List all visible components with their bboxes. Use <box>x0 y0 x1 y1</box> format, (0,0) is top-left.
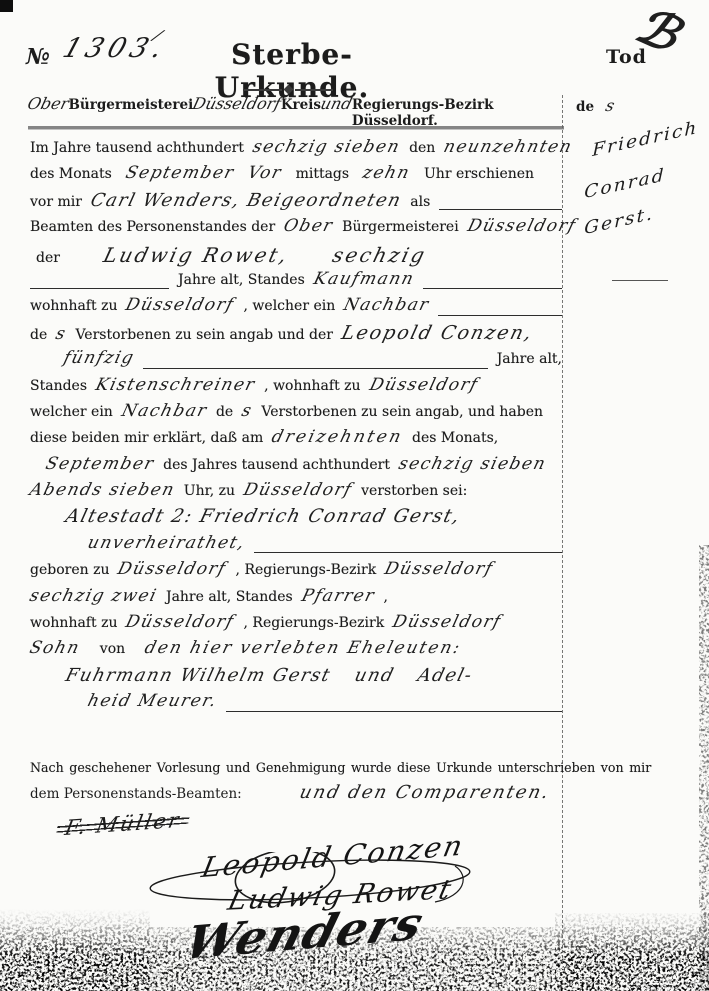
handwritten-entry: Fuhrmann Wilhelm Gerst <box>63 665 333 686</box>
printed-form-text: , wohnhaft zu <box>264 378 360 394</box>
form-line-15: Altestadt 2: Friedrich Conrad Gerst, <box>30 506 562 532</box>
margin-tod-label: Tod <box>606 46 647 68</box>
margin-de-handwritten: s <box>604 96 617 115</box>
form-line-14: Abends siebenUhr, zuDüsseldorfverstorben… <box>30 480 562 506</box>
form-line-20: Sohnvonden hier verlebten Eheleuten: <box>30 638 562 664</box>
form-line-10: StandesKistenschreiner, wohnhaft zuDüsse… <box>30 375 562 401</box>
form-line-17: geboren zuDüsseldorf, Regierungs-BezirkD… <box>30 559 562 585</box>
printed-form-text: de <box>30 327 47 343</box>
printed-form-text: des Jahres tausend achthundert <box>163 457 390 473</box>
fill-in-rule <box>439 209 562 210</box>
handwritten-entry: Düsseldorf <box>124 295 237 315</box>
handwritten-entry: s <box>54 324 69 344</box>
handwritten-entry: dreizehnten <box>270 427 406 447</box>
form-line-8: desVerstorbenen zu sein angab und derLeo… <box>30 322 562 348</box>
form-line-5: derLudwig Rowet,sechzig <box>30 243 562 269</box>
bezirk-label: Regierungs-Bezirk Düsseldorf. <box>352 97 562 129</box>
form-line-4: Beamten des Personenstandes derOberBürge… <box>30 216 562 242</box>
handwritten-entry: sechzig sieben <box>396 454 548 474</box>
fill-in-rule <box>226 711 562 712</box>
printed-form-text: , Regierungs-Bezirk <box>244 615 385 631</box>
handwritten-entry: Düsseldorf <box>383 559 496 579</box>
printed-form-text: , Regierungs-Bezirk <box>236 562 377 578</box>
printed-form-text: , welcher ein <box>244 298 336 314</box>
printed-form-text: Uhr erschienen <box>424 166 534 182</box>
municipality-line: Ober Bürgermeisterei Düsseldorf Kreis un… <box>28 94 562 129</box>
printed-form-text: mittags <box>296 166 350 182</box>
printed-form-text: geboren zu <box>30 562 109 578</box>
handwritten-entry: Kaufmann <box>311 269 416 289</box>
handwritten-entry: Pfarrer <box>299 586 377 606</box>
handwritten-entry: September <box>123 163 236 183</box>
ornament-diamond <box>283 85 293 95</box>
handwritten-entry: Ludwig Rowet, <box>101 243 292 267</box>
margin-short-rule <box>612 280 668 281</box>
printed-form-text: Jahre alt, Standes <box>178 272 305 288</box>
printed-form-text: Uhr, zu <box>184 483 235 499</box>
registrar-label: dem Personenstands-Beamten: <box>30 786 242 802</box>
form-line-13: Septemberdes Jahres tausend achthunderts… <box>30 454 562 480</box>
form-line-9: fünfzigJahre alt, <box>30 348 562 374</box>
handwritten-entry: Düsseldorf <box>124 612 237 632</box>
death-certificate-page: № 1303. ⁄ Sterbe-Urkunde. Ober Bürgermei… <box>0 0 709 991</box>
handwritten-entry: sechzig sieben <box>251 137 403 157</box>
printed-form-text: der <box>36 250 60 266</box>
handwritten-entry: sechzig zwei <box>28 586 160 606</box>
form-line-1: Im Jahre tausend achthundertsechzig sieb… <box>30 137 562 163</box>
margin-deceased-name: Gerst. <box>584 203 654 239</box>
margin-des-line: de s <box>576 96 614 115</box>
fill-in-rule <box>254 552 562 553</box>
margin-de-label: de <box>576 99 594 115</box>
printed-form-text: de <box>216 404 233 420</box>
printed-form-text: Standes <box>30 378 87 394</box>
certificate-number-label: № <box>26 44 50 70</box>
printed-form-text: vor mir <box>30 194 82 210</box>
handwritten-entry: neunzehnten <box>442 137 575 157</box>
handwritten-entry: Düsseldorf <box>391 612 504 632</box>
handwritten-entry: sechzig <box>330 243 429 267</box>
printed-form-text: Jahre alt, Standes <box>166 589 293 605</box>
printed-form-text: Jahre alt, <box>497 351 562 367</box>
printed-form-text: wohnhaft zu <box>30 615 117 631</box>
scan-noise-right-edge <box>699 545 709 991</box>
handwritten-entry: Adel- <box>415 665 475 686</box>
handwritten-entry: Abends sieben <box>28 480 178 500</box>
handwritten-entry: Carl Wenders, Beigeordneten <box>88 190 404 211</box>
municipality-city-handwritten: Düsseldorf <box>191 94 283 113</box>
printed-form-text: Im Jahre tausend achthundert <box>30 140 244 156</box>
printed-form-text: Beamten des Personenstandes der <box>30 219 275 235</box>
handwritten-entry: Kistenschreiner <box>94 375 258 395</box>
printed-form-text: Verstorbenen zu sein angab und der <box>75 327 332 343</box>
municipality-label: Bürgermeisterei <box>68 97 193 113</box>
printed-form-text: als <box>410 194 430 210</box>
closing-statement: Nach geschehener Vorlesung und Genehmigu… <box>30 760 564 775</box>
handwritten-entry: Vor <box>246 163 285 183</box>
form-line-22: heid Meurer. <box>30 691 562 717</box>
printed-form-text: Bürgermeisterei <box>342 219 459 235</box>
handwritten-entry: Sohn <box>28 638 83 658</box>
form-line-21: Fuhrmann Wilhelm GerstundAdel- <box>30 665 562 691</box>
closing-section: Nach geschehener Vorlesung und Genehmigu… <box>30 760 564 803</box>
printed-form-text: Verstorbenen zu sein angab, und haben <box>261 404 543 420</box>
form-line-6: Jahre alt, StandesKaufmann <box>30 269 562 295</box>
fill-in-rule <box>143 368 487 369</box>
comparenten-handwritten: und den Comparenten. <box>297 782 552 803</box>
header-rule <box>28 126 564 130</box>
closing-signing-line: dem Personenstands-Beamten: und den Comp… <box>30 782 564 803</box>
handwritten-entry: Nachbar <box>342 295 432 315</box>
handwritten-entry: Altestadt 2: Friedrich Conrad Gerst, <box>63 506 462 527</box>
handwritten-entry: Düsseldorf <box>242 480 355 500</box>
handwritten-entry: heid Meurer. <box>86 691 220 711</box>
handwritten-entry: fünfzig <box>62 348 137 368</box>
printed-form-text: des Monats, <box>412 430 498 446</box>
handwritten-entry: September <box>44 454 157 474</box>
fill-in-rule <box>438 315 562 316</box>
body-lines: Im Jahre tausend achthundertsechzig sieb… <box>30 137 562 718</box>
margin-deceased-name: Conrad <box>584 165 666 203</box>
handwritten-entry: Düsseldorf <box>367 375 480 395</box>
handwritten-entry: den hier verlebten Eheleuten: <box>143 638 464 658</box>
form-line-18: sechzig zweiJahre alt, StandesPfarrer, <box>30 586 562 612</box>
printed-form-text: diese beiden mir erklärt, daß am <box>30 430 263 446</box>
printed-form-text: von <box>100 641 125 657</box>
form-line-19: wohnhaft zuDüsseldorf, Regierungs-Bezirk… <box>30 612 562 638</box>
ornament-line <box>243 89 282 91</box>
handwritten-entry: Düsseldorf <box>465 216 578 236</box>
handwritten-entry: Ober <box>282 216 336 236</box>
kreis-label: Kreis <box>281 97 321 113</box>
form-line-16: unverheirathet, <box>30 533 562 559</box>
margin-deceased-name: Friedrich <box>592 117 699 161</box>
scan-artifact-top-left <box>0 0 13 12</box>
handwritten-entry: Leopold Conzen, <box>339 322 535 344</box>
printed-form-text: welcher ein <box>30 404 113 420</box>
title-ornament-divider <box>243 86 333 93</box>
printed-form-text: , <box>384 589 388 605</box>
printed-form-text: verstorben sei: <box>361 483 467 499</box>
form-line-11: welcher einNachbardesVerstorbenen zu sei… <box>30 401 562 427</box>
ornament-line <box>295 89 334 91</box>
handwritten-entry: Düsseldorf <box>116 559 229 579</box>
form-line-7: wohnhaft zuDüsseldorf, welcher einNachba… <box>30 295 562 321</box>
kreis-handwritten: und <box>319 94 355 113</box>
fill-in-rule <box>423 288 562 289</box>
handwritten-entry: s <box>240 401 255 421</box>
handwritten-entry: unverheirathet, <box>86 533 248 553</box>
handwritten-entry: und <box>352 665 396 686</box>
municipality-prefix-handwritten: Ober <box>26 94 71 113</box>
form-line-3: vor mirCarl Wenders, Beigeordnetenals <box>30 190 562 216</box>
handwritten-entry: Nachbar <box>119 401 209 421</box>
printed-form-text: wohnhaft zu <box>30 298 117 314</box>
handwritten-entry: zehn <box>361 163 413 183</box>
printed-form-text: den <box>409 140 435 156</box>
fill-in-rule <box>30 288 169 289</box>
form-line-2: des MonatsSeptemberVormittagszehnUhr ers… <box>30 163 562 189</box>
crossed-out-signature: F. Müller <box>55 806 192 843</box>
form-line-12: diese beiden mir erklärt, daß amdreizehn… <box>30 427 562 453</box>
printed-form-text: des Monats <box>30 166 112 182</box>
